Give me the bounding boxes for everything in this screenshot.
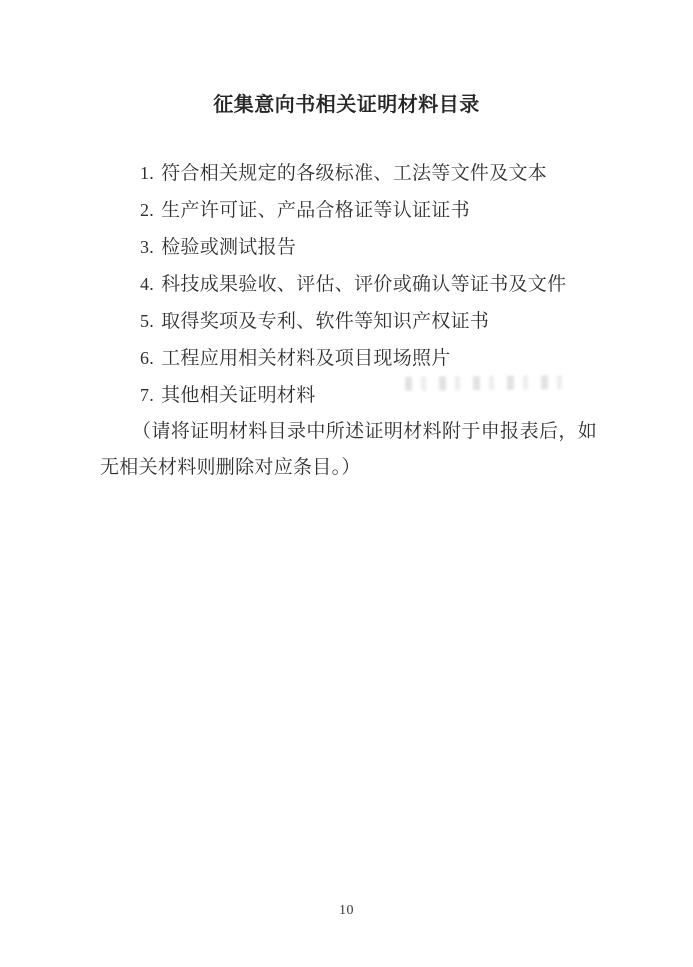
item-number: 1. <box>140 155 154 191</box>
document-page: 征集意向书相关证明材料目录 1.符合相关规定的各级标准、工法等文件及文本 2.生… <box>0 0 693 967</box>
item-number: 7. <box>140 377 154 413</box>
list-item: 1.符合相关规定的各级标准、工法等文件及文本 <box>140 155 693 192</box>
item-number: 5. <box>140 303 154 339</box>
list-item: 6.工程应用相关材料及项目现场照片 <box>140 340 693 377</box>
list-item: 3.检验或测试报告 <box>140 229 693 266</box>
item-number: 3. <box>140 229 154 265</box>
item-number: 2. <box>140 192 154 228</box>
item-number: 4. <box>140 266 154 302</box>
item-text: 检验或测试报告 <box>161 237 296 258</box>
material-list: 1.符合相关规定的各级标准、工法等文件及文本 2.生产许可证、产品合格证等认证证… <box>140 155 693 414</box>
list-item: 2.生产许可证、产品合格证等认证证书 <box>140 192 693 229</box>
list-item: 5.取得奖项及专利、软件等知识产权证书 <box>140 303 693 340</box>
item-text: 科技成果验收、评估、评价或确认等证书及文件 <box>161 274 566 295</box>
item-text: 工程应用相关材料及项目现场照片 <box>161 348 451 369</box>
item-number: 6. <box>140 340 154 376</box>
item-text: 取得奖项及专利、软件等知识产权证书 <box>161 311 489 332</box>
list-item: 4.科技成果验收、评估、评价或确认等证书及文件 <box>140 266 693 303</box>
note-paragraph: （请将证明材料目录中所述证明材料附于申报表后，如无相关材料则删除对应条目。） <box>100 414 597 486</box>
item-text: 生产许可证、产品合格证等认证证书 <box>161 200 470 221</box>
scan-artifact <box>405 375 565 391</box>
item-text: 其他相关证明材料 <box>161 385 315 406</box>
page-number: 10 <box>0 903 693 919</box>
page-title: 征集意向书相关证明材料目录 <box>0 0 693 119</box>
item-text: 符合相关规定的各级标准、工法等文件及文本 <box>161 163 547 184</box>
